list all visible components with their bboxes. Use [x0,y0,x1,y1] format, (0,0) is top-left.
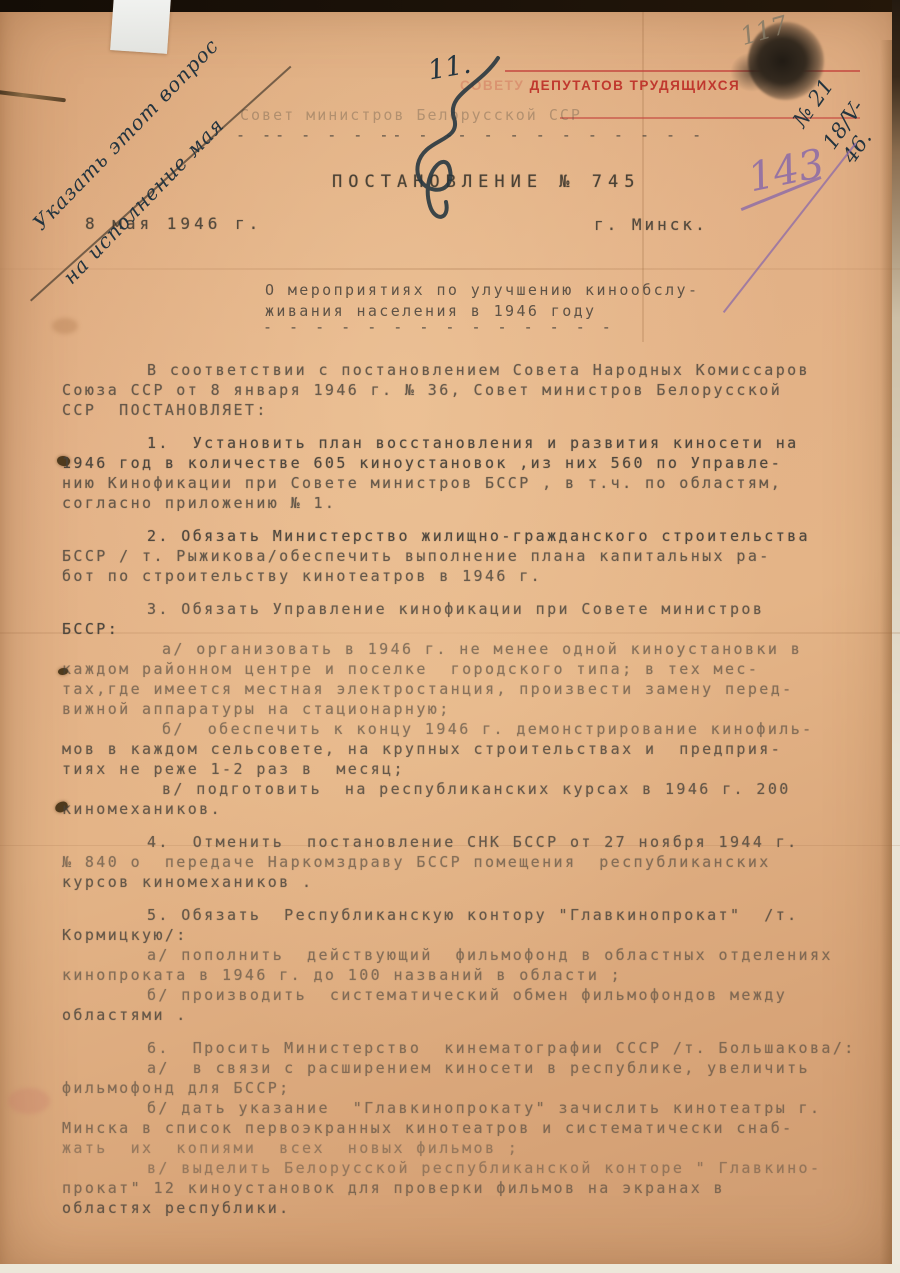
typed-line: в/ выделить Белорусской республиканской … [62,1158,872,1178]
typed-line: б/ дать указание "Главкинопрокату" зачис… [62,1098,872,1118]
typed-line: 1946 год в количестве 605 киноустановок … [62,453,872,473]
typed-line: 5. Обязать Республиканскую контору "Глав… [62,905,872,925]
typed-line: б/ производить систематический обмен фил… [62,985,872,1005]
typed-line: бот по строительству кинотеатров в 1946 … [62,566,872,586]
paragraph: В соответствии с постановлением Совета Н… [62,360,872,420]
typed-line: областях республики. [62,1198,872,1218]
typed-line: мов в каждом сельсовете, на крупных стро… [62,739,872,759]
typed-line: согласно приложению № 1. [62,493,872,513]
typed-line: каждом районном центре и поселке городск… [62,659,872,679]
typed-line: БССР: [62,619,872,639]
document-place: г. Минск. [594,215,708,234]
paper-stain [8,1088,50,1114]
subject-line-1: О мероприятиях по улучшению кинообслу- [265,281,699,299]
typed-line: кинопроката в 1946 г. до 100 названий в … [62,965,872,985]
typed-line: 4. Отменить постановление СНК БССР от 27… [62,832,872,852]
typed-line: Кормицкую/: [62,925,872,945]
typed-line: Минска в список первоэкранных кинотеатро… [62,1118,872,1138]
paragraph: 3. Обязать Управление кинофикации при Со… [62,599,872,819]
paragraph: 1. Установить план восстановления и разв… [62,433,872,513]
paper-crease [0,268,900,270]
typed-line: ССР ПОСТАНОВЛЯЕТ: [62,400,872,420]
typed-line: нию Кинофикации при Совете министров БСС… [62,473,872,493]
typed-line: 1. Установить план восстановления и разв… [62,433,872,453]
typed-line: вижной аппаратуры на стационарную; [62,699,872,719]
scanned-document-page: СОВЕТУ ДЕПУТАТОВ ТРУДЯЩИХСЯ Совет минист… [0,0,900,1273]
tape-strip [110,0,171,54]
typed-line: а/ пополнить действующий фильмофонд в об… [62,945,872,965]
typed-line: 3. Обязать Управление кинофикации при Со… [62,599,872,619]
document-subject: О мероприятиях по улучшению кинообслу-жи… [265,280,699,322]
paragraph: 6. Просить Министерство кинематографии С… [62,1038,872,1218]
typed-line: БССР / т. Рыжикова/обеспечить выполнение… [62,546,872,566]
typed-line: 2. Обязать Министерство жилищно-гражданс… [62,526,872,546]
paragraph: 2. Обязать Министерство жилищно-гражданс… [62,526,872,586]
stamp-text-clear: ДЕПУТАТОВ ТРУДЯЩИХСЯ [524,78,740,93]
paragraph: 4. Отменить постановление СНК БССР от 27… [62,832,872,892]
typed-line: фильмофонд для БССР; [62,1078,872,1098]
binding-thread [0,90,66,103]
typed-line: 6. Просить Министерство кинематографии С… [62,1038,872,1058]
page-edge-shadow [880,40,892,1273]
paragraph: 5. Обязать Республиканскую контору "Глав… [62,905,872,1025]
handwritten-margin-note: на исполнение мая [58,113,229,289]
typed-line: курсов киномехаников . [62,872,872,892]
typed-line: областями . [62,1005,872,1025]
paper-stain [52,318,78,334]
subject-dash-rule: - - - - - - - - - - - - - - [263,318,615,336]
typed-line: прокат" 12 киноустановок для проверки фи… [62,1178,872,1198]
typed-line: а/ в связи с расширением киносети в респ… [62,1058,872,1078]
typed-line: В соответствии с постановлением Совета Н… [62,360,872,380]
typed-line: в/ подготовить на республиканских курсах… [62,779,872,799]
typed-line: а/ организовать в 1946 г. не менее одной… [62,639,872,659]
document-body: В соответствии с постановлением Совета Н… [62,360,872,1231]
typed-line: № 840 о передаче Наркомздраву БССР помещ… [62,852,872,872]
ink-blot [730,52,774,92]
typed-line: б/ обеспечить к концу 1946 г. демонстрир… [62,719,872,739]
typed-line: киномехаников. [62,799,872,819]
typed-line: тах,где имеется местная электростанция, … [62,679,872,699]
scan-edge-bottom [0,1264,900,1273]
scan-edge-right [892,0,900,1273]
typed-line: тиях не реже 1-2 раз в месяц; [62,759,872,779]
typed-line: Союза ССР от 8 января 1946 г. № 36, Сове… [62,380,872,400]
typed-line: жать их копиями всех новых фильмов ; [62,1138,872,1158]
